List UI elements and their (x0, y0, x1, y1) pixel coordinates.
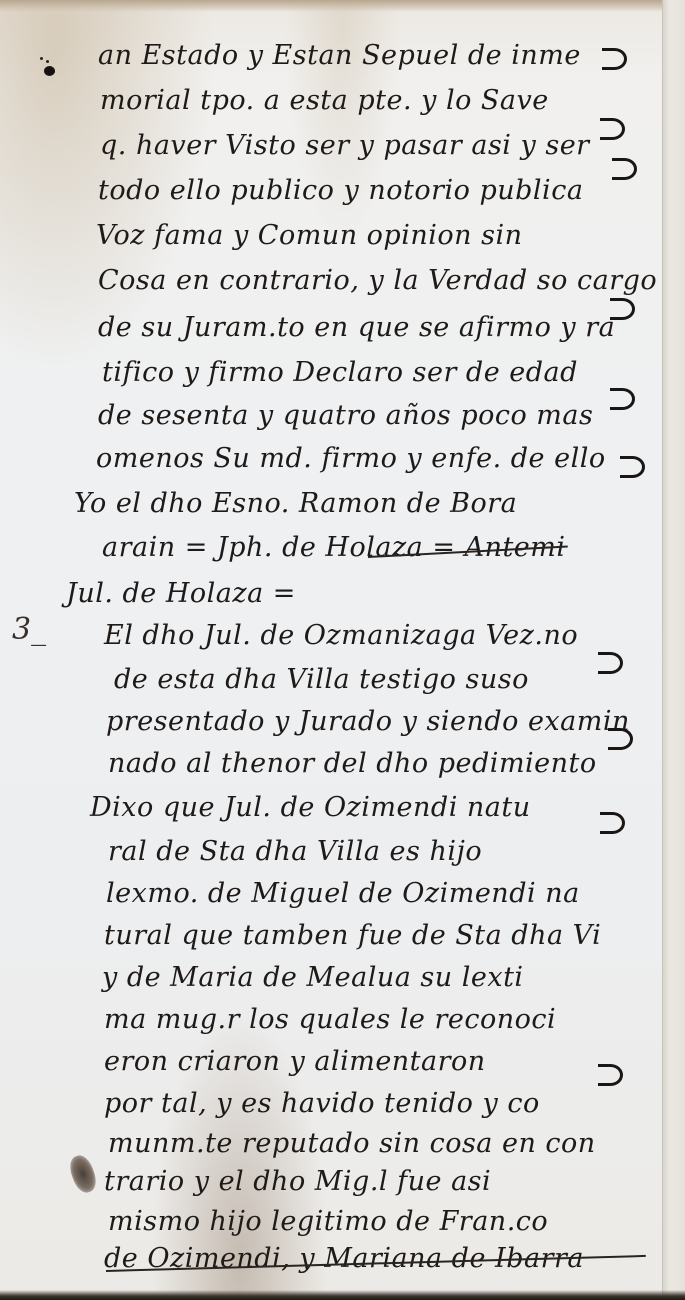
text-line: q. haver Visto ser y pasar asi y ser (100, 130, 590, 161)
text-line: por tal, y es havido tenido y co (104, 1088, 540, 1119)
line-end-flourish (598, 1064, 623, 1086)
text-line: Voz fama y Comun opinion sin (96, 220, 522, 251)
line-end-flourish (612, 158, 637, 180)
manuscript-text: an Estado y Estan Sepuel de inme morial … (0, 0, 685, 1300)
line-end-flourish (610, 388, 635, 410)
text-line: nado al thenor del dho pedimiento (108, 748, 597, 779)
line-end-flourish (600, 812, 625, 834)
line-end-flourish (600, 118, 625, 140)
text-line: Dixo que Jul. de Ozimendi natu (90, 792, 531, 823)
text-line: eron criaron y alimentaron (104, 1046, 486, 1077)
text-line: lexmo. de Miguel de Ozimendi na (106, 878, 580, 909)
line-end-flourish (598, 652, 623, 674)
line-end-flourish (602, 48, 627, 70)
text-line: y de Maria de Mealua su lexti (102, 962, 524, 993)
text-line: presentado y Jurado y siendo examin (106, 706, 630, 737)
text-line: ma mug.r los quales le reconoci (104, 1004, 556, 1035)
text-line: morial tpo. a esta pte. y lo Save (100, 85, 549, 116)
text-line: munm.te reputado sin cosa en con (108, 1128, 596, 1159)
text-line: trario y el dho Mig.l fue asi (104, 1166, 491, 1197)
text-line: tifico y firmo Declaro ser de edad (102, 357, 578, 388)
text-line: El dho Jul. de Ozmanizaga Vez.no (104, 620, 578, 651)
line-end-flourish (610, 298, 635, 320)
text-line: an Estado y Estan Sepuel de inme (98, 40, 581, 71)
text-line: Jul. de Holaza = (66, 578, 296, 609)
text-line: arain = Jph. de Holaza = Antemi (102, 532, 566, 563)
text-line: tural que tamben fue de Sta dha Vi (104, 920, 601, 951)
text-line: omenos Su md. firmo y enfe. de ello (96, 443, 606, 474)
text-line: mismo hijo legitimo de Fran.co (108, 1206, 548, 1237)
text-line: Cosa en contrario, y la Verdad so cargo (98, 265, 657, 296)
text-line: Yo el dho Esno. Ramon de Bora (74, 488, 517, 519)
text-line: de sesenta y quatro años poco mas (98, 400, 593, 431)
text-line: de esta dha Villa testigo suso (114, 664, 529, 695)
text-line: todo ello publico y notorio publica (98, 175, 583, 206)
text-line: ral de Sta dha Villa es hijo (108, 836, 482, 867)
manuscript-page: 3_ an Estado y Estan Sepuel de inme mori… (0, 0, 685, 1300)
text-line: de su Juram.to en que se afirmo y ra (98, 312, 615, 343)
line-end-flourish (608, 728, 633, 750)
line-end-flourish (620, 456, 645, 478)
